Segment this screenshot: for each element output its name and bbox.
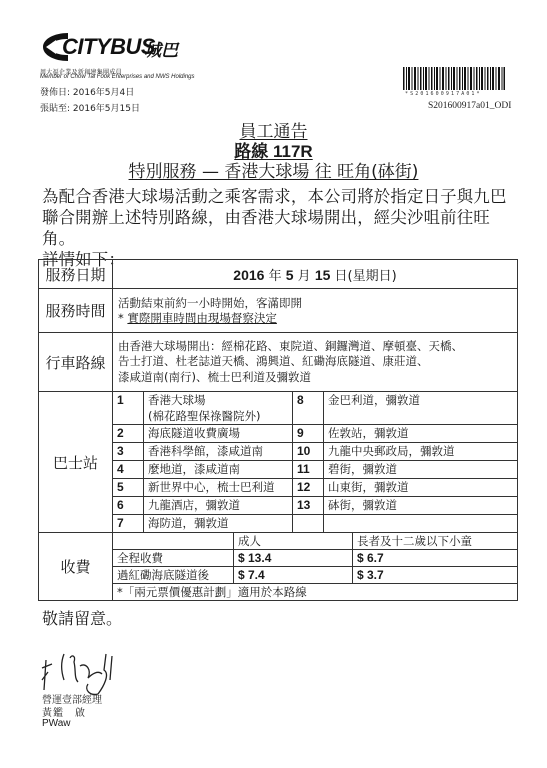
service-date-value: 2016 年 5 月 15 日(星期日) [113,260,518,289]
stop-name: 香港科學館，漆咸道南 [144,443,293,461]
fare-row: 全程收費 $ 13.4 $ 6.7 [113,550,517,567]
logo-wordmark: CITYBUS [62,34,155,60]
stop-number: 10 [293,443,324,461]
stop-name-line-1: 香港大球場 [148,392,288,408]
stop-number: 7 [113,515,144,533]
stop-number: 1 [113,392,144,425]
stop-row: 7 海防道，彌敦道 [113,515,517,533]
stop-name: 碧街，彌敦道 [324,461,518,479]
service-time-note: 實際開車時間由現場督察決定 [127,311,277,325]
fare-concession: $ 6.7 [353,550,518,567]
route-row: 行車路線 由香港大球場開出：經棉花路、東院道、銅鑼灣道、摩頓臺、天橋、 告士打道… [39,333,518,392]
stop-number: 5 [113,479,144,497]
stop-number: 12 [293,479,324,497]
service-time-value: 活動結束前約一小時開始，客滿即開 * 實際開車時間由現場督察決定 [113,289,518,333]
bus-stops-row: 巴士站 1 香港大球場(棉花路聖保祿醫院外) 8 金巴利道，彌敦道 2 海底隧道… [39,392,518,533]
route-line-1: 由香港大球場開出：經棉花路、東院道、銅鑼灣道、摩頓臺、天橋、 [118,339,512,355]
fares-value: 成人 長者及十二歲以下小童 全程收費 $ 13.4 $ 6.7 過紅磡海底隧道後… [113,533,518,601]
date-year: 2016 [233,267,264,283]
service-time-note-line: * 實際開車時間由現場督察決定 [118,311,512,326]
stop-name: 麼地道，漆咸道南 [144,461,293,479]
fare-type: 過紅磡海底隧道後 [113,567,234,584]
signatory-name: 黃鑑 啟 [42,704,86,719]
bus-stops-table: 1 香港大球場(棉花路聖保祿醫院外) 8 金巴利道，彌敦道 2 海底隧道收費廣場… [113,392,517,532]
service-time-text: 活動結束前約一小時開始，客滿即開 [118,296,512,311]
stop-row: 1 香港大球場(棉花路聖保祿醫院外) 8 金巴利道，彌敦道 [113,392,517,425]
stop-name: 砵街，彌敦道 [324,497,518,515]
document-code: S201600917a01_ODI [428,101,511,111]
route-line-2: 告士打道、杜老誌道天橋、鴻興道、紅磡海底隧道、康莊道、 [118,354,512,370]
stop-name: 金巴利道，彌敦道 [324,392,518,425]
stop-name: 海底隧道收費廣場 [144,425,293,443]
stop-name: 海防道，彌敦道 [144,515,293,533]
logo-chinese: 城巴 [144,36,178,61]
stop-row: 2 海底隧道收費廣場 9 佐敦站，彌敦道 [113,425,517,443]
stop-row: 6 九龍酒店，彌敦道 13 砵街，彌敦道 [113,497,517,515]
service-time-row: 服務時間 活動結束前約一小時開始，客滿即開 * 實際開車時間由現場督察決定 [39,289,518,333]
stop-name: 九龍中央郵政局，彌敦道 [324,443,518,461]
barcode-digits: *S201600917A01* [405,91,482,97]
fares-note: *「兩元票價優惠計劃」適用於本路線 [113,584,517,601]
service-time-label: 服務時間 [39,289,113,333]
fares-note-row: *「兩元票價優惠計劃」適用於本路線 [113,584,517,601]
stop-number: 4 [113,461,144,479]
fares-header-blank [113,533,234,550]
fares-row: 收費 成人 長者及十二歲以下小童 全程收費 $ 13.4 $ 6.7 過紅磡海底… [39,533,518,601]
stop-number: 9 [293,425,324,443]
stop-name: 新世界中心，梳士巴利道 [144,479,293,497]
note-asterisk: * [118,311,127,325]
intro-line-2: 聯合開辦上述特別路線，由香港大球場開出，經尖沙咀前往旺角。 [42,207,522,249]
stop-row: 3 香港科學館，漆咸道南 10 九龍中央郵政局，彌敦道 [113,443,517,461]
stop-name: 山東街，彌敦道 [324,479,518,497]
date-month: 5 [286,267,294,283]
fares-header-adult: 成人 [234,533,353,550]
stop-row: 4 麼地道，漆咸道南 11 碧街，彌敦道 [113,461,517,479]
post-until-date: 張貼至: 2016年5月15日 [40,101,140,114]
fares-label: 收費 [39,533,113,601]
fare-adult: $ 7.4 [234,567,353,584]
service-details-table: 服務日期 2016 年 5 月 15 日(星期日) 服務時間 活動結束前約一小時… [38,259,518,601]
issue-date: 發佈日: 2016年5月4日 [40,85,134,98]
fare-adult: $ 13.4 [234,550,353,567]
stop-number: 11 [293,461,324,479]
stop-number: 3 [113,443,144,461]
stop-name: 佐敦站，彌敦道 [324,425,518,443]
reference-initials: PWaw [42,718,71,729]
member-statement-english: Member of Chow Tai Fook Enterprises and … [40,74,195,80]
bus-stops-value: 1 香港大球場(棉花路聖保祿醫院外) 8 金巴利道，彌敦道 2 海底隧道收費廣場… [113,392,518,533]
fares-header-concession: 長者及十二歲以下小童 [353,533,518,550]
route-line-3: 漆咸道南(南行)、梳士巴利道及彌敦道 [118,370,512,386]
stop-name: 九龍酒店，彌敦道 [144,497,293,515]
fare-row: 過紅磡海底隧道後 $ 7.4 $ 3.7 [113,567,517,584]
citybus-logo: CITYBUS 城巴 [40,30,180,64]
route-label: 行車路線 [39,333,113,392]
date-year-unit: 年 [269,269,282,284]
stop-name: 香港大球場(棉花路聖保祿醫院外) [144,392,293,425]
stop-number: 13 [293,497,324,515]
stop-number: 8 [293,392,324,425]
bus-stops-label: 巴士站 [39,392,113,533]
intro-paragraph: 為配合香港大球場活動之乘客需求，本公司將於指定日子與九巴 聯合開辦上述特別路線，… [42,186,522,270]
date-month-unit: 月 [298,269,311,284]
service-date-row: 服務日期 2016 年 5 月 15 日(星期日) [39,260,518,289]
route-value: 由香港大球場開出：經棉花路、東院道、銅鑼灣道、摩頓臺、天橋、 告士打道、杜老誌道… [113,333,518,392]
fare-concession: $ 3.7 [353,567,518,584]
date-day-unit: 日(星期日) [335,269,397,284]
stop-name [324,515,518,533]
closing-remark: 敬請留意。 [42,606,122,629]
stop-number: 6 [113,497,144,515]
date-day: 15 [315,267,331,283]
stop-name-line-2: (棉花路聖保祿醫院外) [148,408,288,424]
service-date-label: 服務日期 [39,260,113,289]
fare-type: 全程收費 [113,550,234,567]
stop-number: 2 [113,425,144,443]
stop-row: 5 新世界中心，梳士巴利道 12 山東街，彌敦道 [113,479,517,497]
stop-number [293,515,324,533]
fares-table: 成人 長者及十二歲以下小童 全程收費 $ 13.4 $ 6.7 過紅磡海底隧道後… [113,533,517,600]
barcode-icon [403,67,505,90]
intro-line-1: 為配合香港大球場活動之乘客需求，本公司將於指定日子與九巴 [42,186,522,207]
fares-header-row: 成人 長者及十二歲以下小童 [113,533,517,550]
service-title: 特別服務 — 香港大球場 往 旺角(砵街) [0,157,547,182]
